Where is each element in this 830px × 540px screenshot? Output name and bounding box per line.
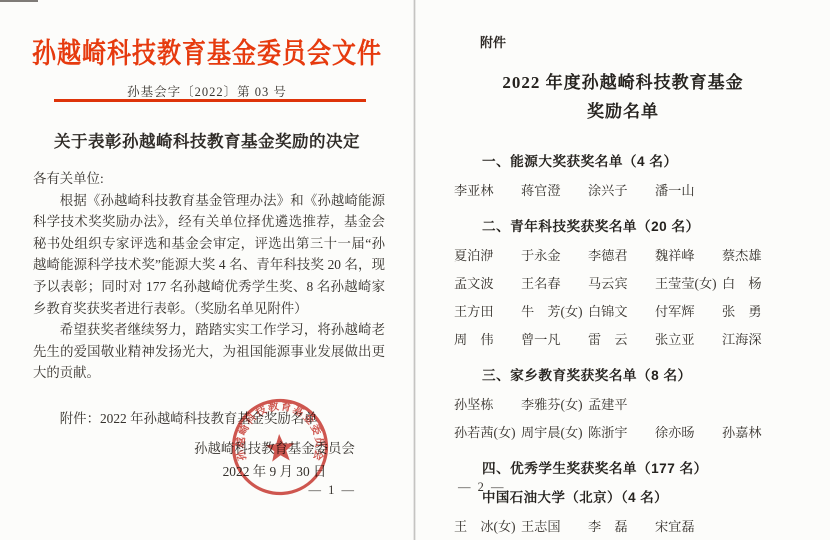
awardee-name: 蒋官澄 [521, 180, 585, 199]
awardee-name: 涂兴子 [588, 180, 652, 199]
awardee-name: 曾一凡 [521, 329, 585, 348]
name-row: 孙若茜(女)周宇晨(女)陈浙宇徐亦旸孙嘉林 [454, 422, 806, 441]
award-list-title-line1: 2022 年度孙越崎科技教育基金 [416, 68, 830, 97]
awardee-name: 王名春 [521, 273, 585, 292]
section-heading: 二、青年科技奖获奖名单（20 名） [454, 215, 806, 235]
award-section: 一、能源大奖获奖名单（4 名）李亚林蒋官澄涂兴子潘一山 [454, 150, 806, 199]
document-body: 各有关单位: 根据《孙越崎科技教育基金管理办法》和《孙越崎能源科学技术奖奖励办法… [33, 168, 385, 443]
section-heading: 四、优秀学生奖获奖名单（177 名） [454, 457, 806, 477]
awardee-name: 孙嘉林 [722, 422, 786, 441]
section-heading: 一、能源大奖获奖名单（4 名） [454, 150, 806, 170]
name-row: 孙坚栋李雅芬(女)孟建平 [454, 394, 806, 413]
awardee-name: 陈浙宇 [588, 422, 652, 441]
attachment-label: 附件 [480, 32, 506, 51]
awardee-name: 白锦文 [588, 301, 652, 320]
seal-star-icon [265, 433, 295, 462]
awardee-name: 宋宜磊 [655, 516, 719, 535]
name-row: 王 冰(女)王志国李 磊宋宜磊 [454, 516, 806, 535]
awardee-name: 江海深 [722, 329, 786, 348]
awardee-name: 蔡杰雄 [722, 245, 786, 264]
document-page-1: 孙越崎科技教育基金委员会文件 孙基会字〔2022〕第 03 号 关于表彰孙越崎科… [0, 0, 414, 540]
awardee-name: 雷 云 [588, 329, 652, 348]
award-list-title: 2022 年度孙越崎科技教育基金 奖励名单 [416, 68, 830, 126]
awardee-name: 王 冰(女) [454, 516, 518, 535]
awardee-name: 李亚林 [454, 180, 518, 199]
body-paragraph-1: 根据《孙越崎科技教育基金管理办法》和《孙越崎能源科学技术奖奖励办法》，经有关单位… [33, 190, 385, 320]
awardee-name: 孙坚栋 [454, 394, 518, 413]
body-paragraph-2: 希望获奖者继续努力，踏踏实实工作学习，将孙越崎老先生的爱国敬业精神发扬光大，为祖… [33, 319, 385, 384]
awardee-name: 李德君 [588, 245, 652, 264]
decision-title: 关于表彰孙越崎科技教育基金奖励的决定 [0, 128, 414, 152]
attachment-reference-line: 附件：2022 年孙越崎科技教育基金奖励名单 [33, 408, 385, 430]
award-section: 三、家乡教育奖获奖名单（8 名）孙坚栋李雅芬(女)孟建平孙若茜(女)周宇晨(女)… [454, 364, 806, 441]
letterhead-rule [54, 99, 366, 102]
salutation: 各有关单位: [33, 168, 385, 190]
awardee-name: 牛 芳(女) [521, 301, 585, 320]
award-section: 四、优秀学生奖获奖名单（177 名）中国石油大学（北京）（4 名）王 冰(女)王… [454, 457, 806, 535]
scan-artifact [0, 0, 38, 2]
name-row: 夏泊洢于永金李德君魏祥峰蔡杰雄 [454, 245, 806, 264]
page-number-1: — 1 — [309, 483, 357, 498]
awardee-name: 孟文波 [454, 273, 518, 292]
scanned-document-canvas: 孙越崎科技教育基金委员会文件 孙基会字〔2022〕第 03 号 关于表彰孙越崎科… [0, 0, 830, 540]
letterhead-title: 孙越崎科技教育基金委员会文件 [0, 30, 414, 70]
awardee-name: 张立亚 [655, 329, 719, 348]
svg-text:孙越崎科技教育基金委员会: 孙越崎科技教育基金委员会 [230, 396, 327, 469]
awardee-name: 付军辉 [655, 301, 719, 320]
award-list-title-line2: 奖励名单 [416, 97, 830, 126]
awardee-name: 徐亦旸 [655, 422, 719, 441]
name-row: 李亚林蒋官澄涂兴子潘一山 [454, 180, 806, 199]
awardee-name: 李 磊 [588, 516, 652, 535]
awardee-name: 周宇晨(女) [521, 422, 585, 441]
awardee-name: 张 勇 [722, 301, 786, 320]
awardee-name: 李雅芬(女) [521, 394, 585, 413]
award-sections: 一、能源大奖获奖名单（4 名）李亚林蒋官澄涂兴子潘一山二、青年科技奖获奖名单（2… [454, 134, 806, 540]
awardee-name: 魏祥峰 [655, 245, 719, 264]
awardee-name: 夏泊洢 [454, 245, 518, 264]
awardee-name: 王莹莹(女) [655, 273, 719, 292]
awardee-name: 潘一山 [655, 180, 719, 199]
awardee-name: 于永金 [521, 245, 585, 264]
name-row: 王方田牛 芳(女)白锦文付军辉张 勇 [454, 301, 806, 320]
seal-arc-text: 孙越崎科技教育基金委员会 [230, 396, 327, 469]
awardee-name: 王方田 [454, 301, 518, 320]
page-number-2: — 2 — [458, 480, 506, 495]
name-row: 孟文波王名春马云宾王莹莹(女)白 杨 [454, 273, 806, 292]
awardee-name: 马云宾 [588, 273, 652, 292]
name-row: 周 伟曾一凡雷 云张立亚江海深 [454, 329, 806, 348]
section-subheading: 中国石油大学（北京）（4 名） [454, 487, 806, 506]
awardee-name: 孙若茜(女) [454, 422, 518, 441]
document-number: 孙基会字〔2022〕第 03 号 [0, 82, 414, 100]
awardee-name: 王志国 [521, 516, 585, 535]
awardee-name: 周 伟 [454, 329, 518, 348]
awardee-name: 孟建平 [588, 394, 652, 413]
section-heading: 三、家乡教育奖获奖名单（8 名） [454, 364, 806, 384]
award-section: 二、青年科技奖获奖名单（20 名）夏泊洢于永金李德君魏祥峰蔡杰雄孟文波王名春马云… [454, 215, 806, 348]
awardee-name: 白 杨 [722, 273, 786, 292]
document-page-2: 附件 2022 年度孙越崎科技教育基金 奖励名单 一、能源大奖获奖名单（4 名）… [416, 0, 830, 540]
